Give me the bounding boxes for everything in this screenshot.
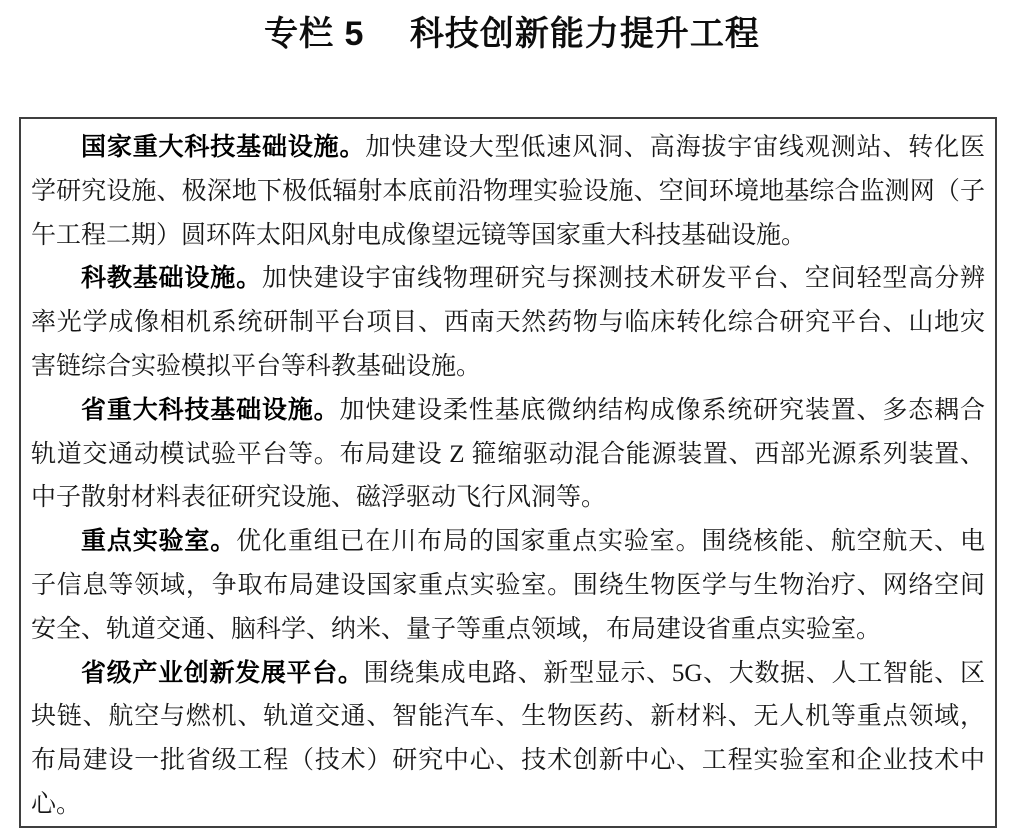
line-text: 围绕集成电路、新型显示、5G、大数据、人工智能、区 xyxy=(364,660,985,687)
line-text: 安全、轨道交通、脑科学、纳米、量子等重点领域，布局建设省重点实验室。 xyxy=(31,616,881,643)
line-text: 优化重组已在川布局的国家重点实验室。围绕核能、航空航天、电 xyxy=(236,528,985,555)
paragraph-industry-innovation-platforms: 省级产业创新发展平台。围绕集成电路、新型显示、5G、大数据、人工智能、区 块链、… xyxy=(31,652,985,827)
line-text: 布局建设一批省级工程（技术）研究中心、技术创新中心、工程实验室和企业技术中 xyxy=(31,747,985,774)
content-box: 国家重大科技基础设施。加快建设大型低速风洞、高海拔宇宙线观测站、转化医 学研究设… xyxy=(19,117,997,828)
line-text: 心。 xyxy=(31,791,81,818)
text-line: 中子散射材料表征研究设施、磁浮驱动飞行风洞等。 xyxy=(31,476,985,520)
text-line: 轨道交通动模试验平台等。布局建设 Z 箍缩驱动混合能源装置、西部光源系列装置、 xyxy=(31,433,985,477)
paragraph-national-infrastructure: 国家重大科技基础设施。加快建设大型低速风洞、高海拔宇宙线观测站、转化医 学研究设… xyxy=(31,126,985,257)
line-text: 轨道交通动模试验平台等。布局建设 Z 箍缩驱动混合能源装置、西部光源系列装置、 xyxy=(31,441,985,468)
document-page: 专栏 5 科技创新能力提升工程 国家重大科技基础设施。加快建设大型低速风洞、高海… xyxy=(0,0,1024,835)
text-line: 学研究设施、极深地下极低辐射本底前沿物理实验设施、空间环境地基综合监测网（子 xyxy=(31,170,985,214)
line-text: 块链、航空与燃机、轨道交通、智能汽车、生物医药、新材料、无人机等重点领域， xyxy=(31,703,985,730)
paragraph-lead: 省重大科技基础设施。 xyxy=(81,397,340,424)
box-title: 专栏 5 科技创新能力提升工程 xyxy=(0,10,1024,58)
text-line: 布局建设一批省级工程（技术）研究中心、技术创新中心、工程实验室和企业技术中 xyxy=(31,739,985,783)
line-text: 中子散射材料表征研究设施、磁浮驱动飞行风洞等。 xyxy=(31,484,606,511)
line-text: 午工程二期）圆环阵太阳风射电成像望远镜等国家重大科技基础设施。 xyxy=(31,222,806,249)
line-text: 加快建设大型低速风洞、高海拔宇宙线观测站、转化医 xyxy=(365,134,985,161)
paragraph-lead: 国家重大科技基础设施。 xyxy=(81,134,365,161)
text-line: 心。 xyxy=(31,783,985,827)
paragraph-science-education-infrastructure: 科教基础设施。加快建设宇宙线物理研究与探测技术研发平台、空间轻型高分辨 率光学成… xyxy=(31,257,985,388)
line-text: 率光学成像相机系统研制平台项目、西南天然药物与临床转化综合研究平台、山地灾 xyxy=(31,309,985,336)
paragraph-lead: 省级产业创新发展平台。 xyxy=(81,660,364,687)
text-line: 子信息等领域，争取布局建设国家重点实验室。围绕生物医学与生物治疗、网络空间 xyxy=(31,564,985,608)
line-text: 加快建设宇宙线物理研究与探测技术研发平台、空间轻型高分辨 xyxy=(262,265,985,292)
line-text: 子信息等领域，争取布局建设国家重点实验室。围绕生物医学与生物治疗、网络空间 xyxy=(31,572,985,599)
text-line: 省重大科技基础设施。加快建设柔性基底微纳结构成像系统研究装置、多态耦合 xyxy=(31,389,985,433)
line-text: 害链综合实验模拟平台等科教基础设施。 xyxy=(31,353,481,380)
text-line: 块链、航空与燃机、轨道交通、智能汽车、生物医药、新材料、无人机等重点领域， xyxy=(31,695,985,739)
text-line: 害链综合实验模拟平台等科教基础设施。 xyxy=(31,345,985,389)
paragraph-lead: 重点实验室。 xyxy=(81,528,236,555)
text-line: 科教基础设施。加快建设宇宙线物理研究与探测技术研发平台、空间轻型高分辨 xyxy=(31,257,985,301)
line-text: 学研究设施、极深地下极低辐射本底前沿物理实验设施、空间环境地基综合监测网（子 xyxy=(31,178,985,205)
text-line: 午工程二期）圆环阵太阳风射电成像望远镜等国家重大科技基础设施。 xyxy=(31,214,985,258)
text-line: 重点实验室。优化重组已在川布局的国家重点实验室。围绕核能、航空航天、电 xyxy=(31,520,985,564)
paragraph-key-laboratories: 重点实验室。优化重组已在川布局的国家重点实验室。围绕核能、航空航天、电 子信息等… xyxy=(31,520,985,651)
text-line: 率光学成像相机系统研制平台项目、西南天然药物与临床转化综合研究平台、山地灾 xyxy=(31,301,985,345)
paragraph-lead: 科教基础设施。 xyxy=(81,265,262,292)
text-line: 安全、轨道交通、脑科学、纳米、量子等重点领域，布局建设省重点实验室。 xyxy=(31,608,985,652)
paragraph-provincial-infrastructure: 省重大科技基础设施。加快建设柔性基底微纳结构成像系统研究装置、多态耦合 轨道交通… xyxy=(31,389,985,520)
line-text: 加快建设柔性基底微纳结构成像系统研究装置、多态耦合 xyxy=(340,397,985,424)
text-line: 国家重大科技基础设施。加快建设大型低速风洞、高海拔宇宙线观测站、转化医 xyxy=(31,126,985,170)
text-line: 省级产业创新发展平台。围绕集成电路、新型显示、5G、大数据、人工智能、区 xyxy=(31,652,985,696)
